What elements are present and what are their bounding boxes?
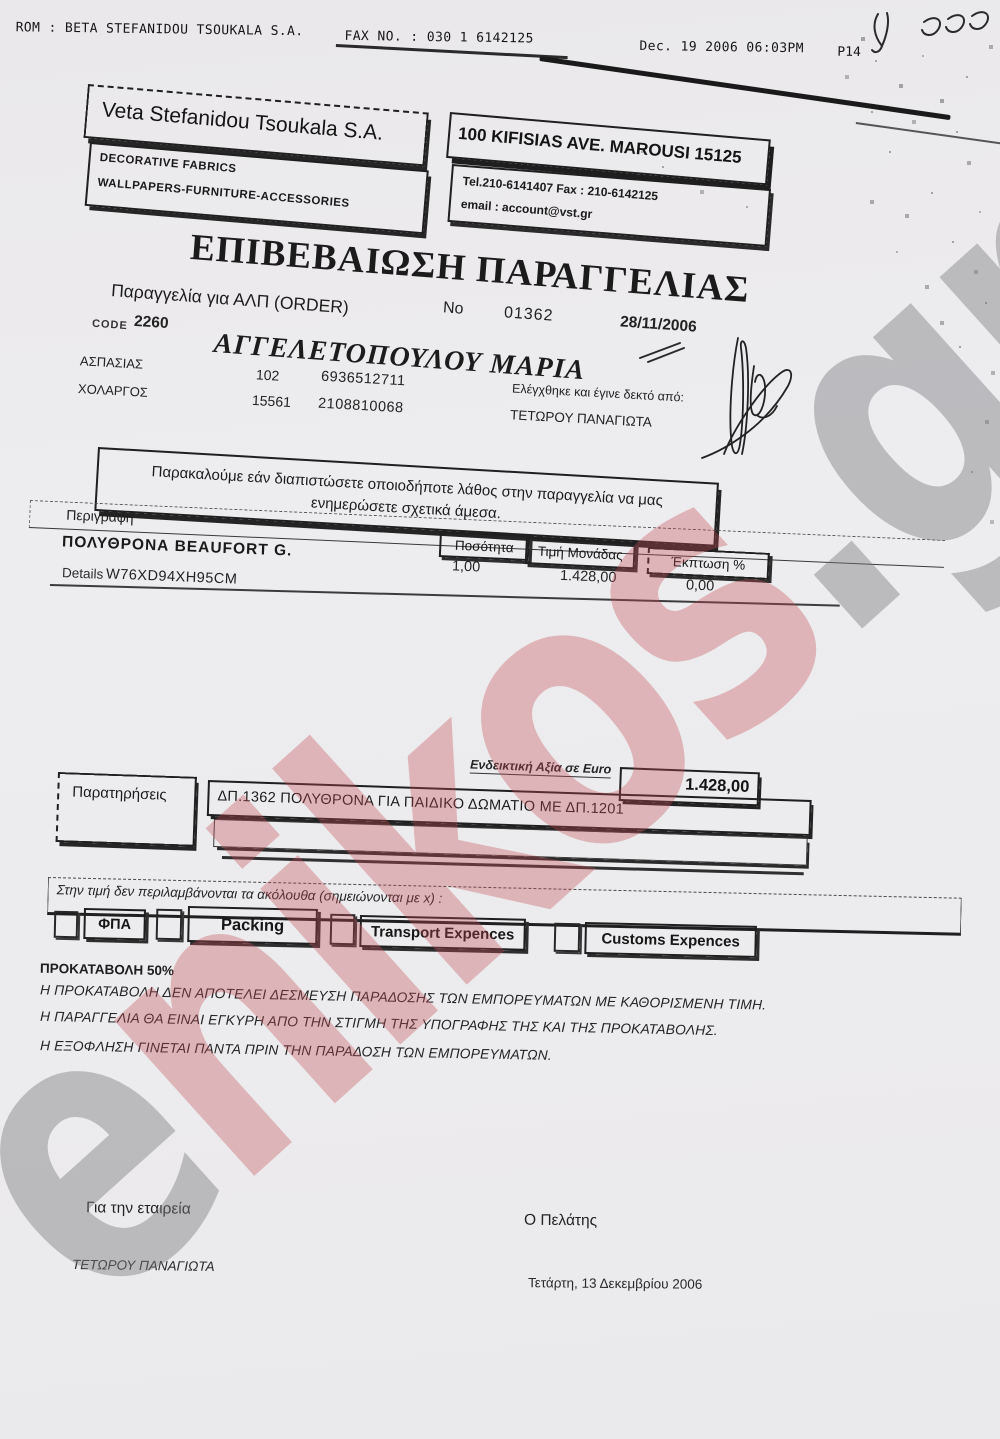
company-signer-name: ΤΕΤΩΡΟΥ ΠΑΝΑΓΙΩΤΑ (72, 1257, 215, 1274)
indicative-value: 1.428,00 (685, 776, 750, 797)
description-header: Περιγραφή (66, 507, 134, 526)
customer-address-1: ΑΣΠΑΣΙΑΣ (80, 353, 144, 372)
remarks-note: ΔΠ.1362 ΠΟΛΥΘΡΟΝΑ ΓΙΑ ΠΑΙΔΙΚΟ ΔΩΜΑΤΙΟ ΜΕ… (217, 788, 624, 817)
terms-line-2: Η ΠΑΡΑΓΓΕΛΙΑ ΘΑ ΕΙΝΑΙ ΕΓΚΥΡΗ ΑΠΟ ΤΗΝ ΣΤΙ… (40, 1009, 718, 1038)
packing-label: Packing (221, 915, 285, 935)
fax-from-text: ROM : BETA STEFANIDOU TSOUKALA S.A. (16, 20, 304, 39)
customer-postal-code: 15561 (252, 392, 292, 410)
company-name: Veta Stefanidou Tsoukala S.A. (101, 98, 384, 146)
exclusions-intro: Στην τιμή δεν περιλαμβάνονται τα ακόλουθ… (57, 882, 443, 906)
company-signoff-label: Για την εταιρεία (86, 1199, 191, 1218)
order-no-value: 01362 (503, 304, 554, 325)
checked-by-label: Ελέγχθηκε και έγινε δεκτό από: (512, 382, 685, 405)
qty-header-box: Ποσότητα (439, 531, 530, 561)
item-qty: 1,00 (452, 558, 481, 575)
customs-label: Customs Expences (601, 930, 740, 950)
transport-checkbox (330, 914, 356, 946)
transport-label-box: Transport Expences (359, 915, 526, 951)
indicative-value-label: Ενδεικτική Αξία σε Euro (470, 758, 612, 779)
order-no-label: No (442, 299, 464, 318)
remarks-label: Παρατηρήσεις (72, 784, 167, 804)
customer-street-no: 102 (256, 366, 280, 383)
terms-line-1: Η ΠΡΟΚΑΤΑΒΟΛΗ ΔΕΝ ΑΠΟΤΕΛΕΙ ΔΕΣΜΕΥΣΗ ΠΑΡΑ… (40, 982, 767, 1012)
company-email: email : account@vst.gr (460, 197, 592, 221)
order-subtitle: Παραγγελία για ΑΛΠ (ORDER) (110, 280, 349, 318)
remarks-label-box: Παρατηρήσεις (56, 772, 197, 847)
scan-noise-speckles (0, 0, 2, 2)
transport-label: Transport Expences (371, 923, 515, 943)
signature (692, 328, 810, 473)
item-details-label: Details (62, 565, 104, 582)
checked-by-name: ΤΕΤΩΡΟΥ ΠΑΝΑΓΙΩΤΑ (510, 407, 653, 429)
customer-phone-1: 6936512711 (321, 369, 406, 390)
handwritten-tick (636, 336, 688, 364)
order-code-value: 2260 (133, 313, 169, 333)
customs-checkbox (554, 923, 581, 953)
fax-transmission-header: ROM : BETA STEFANIDOU TSOUKALA S.A. FAX … (0, 0, 1000, 74)
signoff-date: Τετάρτη, 13 Δεκεμβρίου 2006 (528, 1275, 702, 1292)
watermark-enikos-gr: enikos.gr (0, 121, 1000, 1362)
fax-streak-faint (856, 122, 1000, 144)
fax-datetime-text: Dec. 19 2006 06:03PM (639, 39, 804, 56)
item-unit-price: 1.428,00 (560, 568, 617, 586)
customer-phone-2: 2108810068 (318, 396, 404, 417)
item-discount: 0,00 (686, 577, 715, 594)
deposit-term: ΠΡΟΚΑΤΑΒΟΛΗ 50% (40, 961, 174, 979)
order-date: 28/11/2006 (619, 313, 697, 336)
terms-line-3: Η ΕΞΟΦΛΗΣΗ ΓΙΝΕΤΑΙ ΠΑΝΤΑ ΠΡΙΝ ΤΗΝ ΠΑΡΑΔΟ… (40, 1038, 552, 1063)
scanned-fax-document: ROM : BETA STEFANIDOU TSOUKALA S.A. FAX … (0, 0, 1000, 1439)
company-address: 100 KIFISIAS AVE. MAROUSI 15125 (457, 124, 742, 168)
vat-label-box: ΦΠΑ (83, 908, 146, 940)
unit-price-header: Τιμή Μονάδας (537, 544, 623, 563)
packing-label-box: Packing (187, 906, 318, 945)
customer-address-2: ΧΟΛΑΡΓΟΣ (78, 381, 149, 400)
unit-price-header-box: Τιμή Μονάδας (525, 537, 636, 569)
fax-page-number: P14 (837, 45, 861, 60)
customs-label-box: Customs Expences (584, 922, 757, 958)
qty-header: Ποσότητα (455, 537, 514, 555)
company-tagline-1: DECORATIVE FABRICS (99, 152, 237, 175)
customer-signoff-label: Ο Πελάτης (524, 1212, 597, 1231)
packing-checkbox (156, 909, 183, 941)
table-row-underline (50, 584, 840, 607)
handwritten-scribble (862, 2, 997, 57)
vat-checkbox (54, 911, 79, 939)
item-details: W76XD94XH95CM (106, 566, 238, 587)
company-tagline-2: WALLPAPERS-FURNITURE-ACCESSORIES (97, 177, 350, 210)
order-code-label: CODE (92, 318, 128, 332)
discount-header: Έκπτωση % (671, 554, 746, 573)
vat-label: ΦΠΑ (98, 916, 131, 933)
discount-header-box: Έκπτωση % (647, 547, 770, 580)
fax-number-text: FAX NO. : 030 1 6142125 (344, 29, 533, 47)
